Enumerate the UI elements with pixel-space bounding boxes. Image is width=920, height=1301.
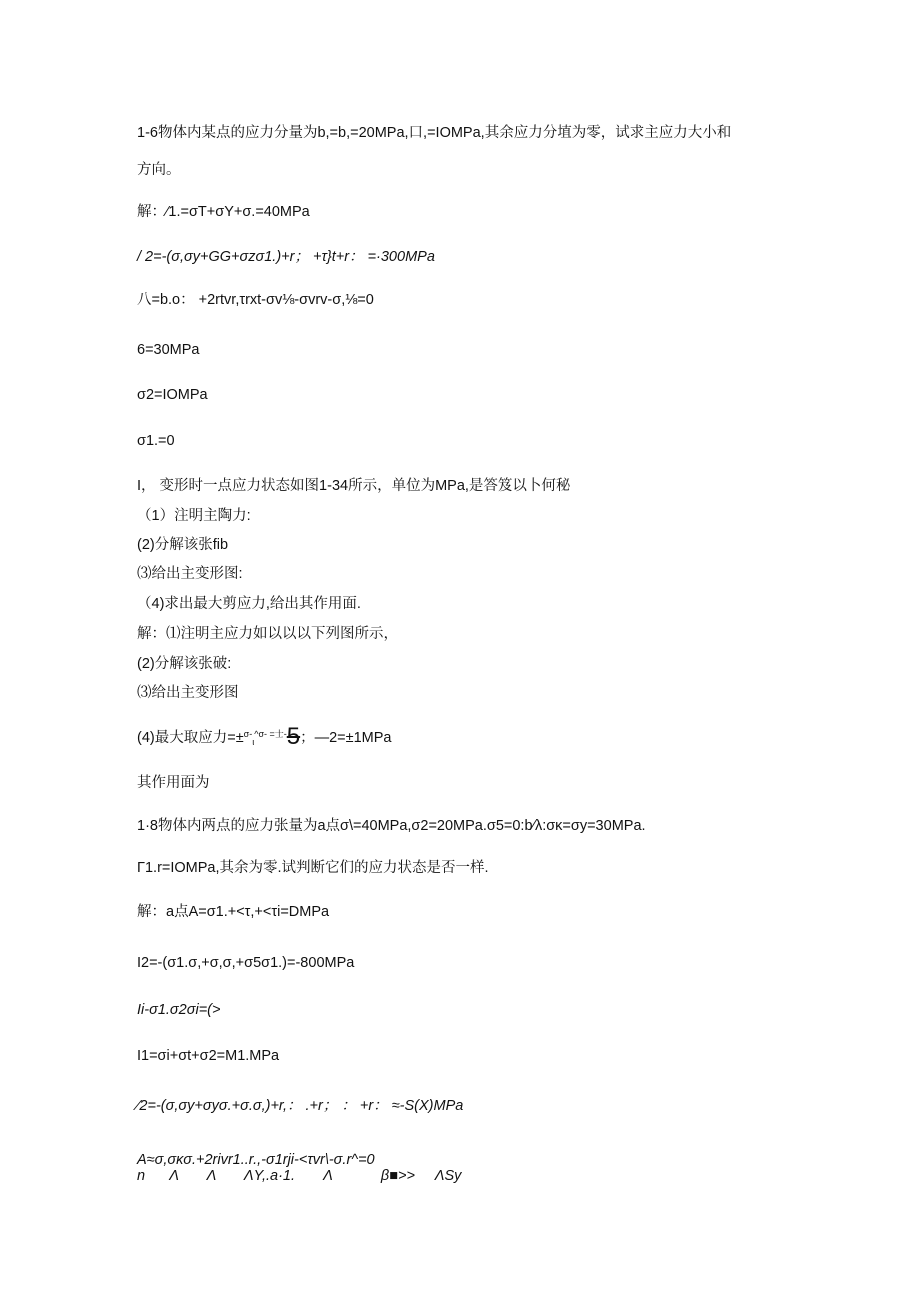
problem-1-7-answer-2: (2)分解该张破:	[137, 654, 231, 674]
problem-1-6-statement-line1: 1-6物体内某点的应力分量为b,=b,=20MPa,口,=IOMPa,其余应力分…	[137, 123, 731, 143]
principal-stress-3: σ1.=0	[137, 431, 175, 451]
problem-1-7-question-2: (2)分解该张fib	[137, 535, 228, 555]
problem-1-7-statement: I， 变形时一点应力状态如图1-34所示，单位为MPa,是答笈以卜何秘	[137, 476, 570, 496]
fraction-numerator-2: ^σ- =士-	[254, 729, 287, 739]
fraction-numerator: σ-	[244, 729, 253, 739]
point-b-invariant-i3-line2: n Λ Λ ΛY,.a·1. Λ β■>> ΛSy	[137, 1166, 461, 1186]
solution-label: 解：	[137, 204, 166, 220]
problem-1-6-statement-line2: 方向。	[137, 160, 181, 180]
problem-1-7-question-1: （1）注明主陶力:	[137, 506, 251, 526]
problem-1-7-question-4: （4)求出最大剪应力,给出其作用面.	[137, 594, 361, 614]
problem-1-6-solution-i3: 八=b.o： +2rtvr,τrxt-σv⅛-σvrv-σ,⅛=0	[137, 290, 374, 310]
problem-1-7-answer-1: 解：⑴注明主应力如以以以下列图所示，	[137, 624, 398, 644]
max-shear-label: (4)最大取应力=±	[137, 730, 244, 746]
problem-1-6-solution-i2: / 2=-(σ,σy+GG+σzσ1.)+r； +τ}t+r： =·300MPa	[137, 247, 435, 267]
max-shear-result: ；—2=±1MPa	[300, 730, 391, 746]
problem-1-7-question-3: ⑶给出主变形图:	[137, 564, 243, 584]
problem-1-8-statement-line1: 1·8物体内两点的应力张量为a点σ\=40MPa,σ2=20MPa.σ5=0:b…	[137, 816, 646, 836]
problem-1-8-statement-line2: Γ1.r=IOMPa,其余为零.试判断它们的应力状态是否一样.	[137, 858, 489, 878]
point-b-invariant-i2: ⁄2=-(σ,σy+σyσ.+σ.σ,)+r,： .+r； ： +r： ≈-S(…	[137, 1096, 463, 1116]
invariant-i1-equation: ⁄1.=σT+σY+σ.=40MPa	[166, 204, 310, 220]
point-a-invariant-i2: I2=-(σ1.σ,+σ,σ,+σ5σ1.)=-800MPa	[137, 953, 354, 973]
principal-stress-2: σ2=IOMPa	[137, 385, 208, 405]
problem-1-7-answer-3: ⑶给出主变形图	[137, 683, 239, 703]
problem-1-7-plane-label: 其作用面为	[137, 773, 210, 793]
principal-stress-1: 6=30MPa	[137, 340, 199, 360]
problem-1-6-solution-i1: 解：⁄1.=σT+σY+σ.=40MPa	[137, 202, 310, 222]
point-a-invariant-i1: 解：a点A=σ1.+<τ,+<τi=DMPa	[137, 902, 329, 922]
garbled-fraction-glyph: 5	[287, 723, 300, 750]
point-a-invariant-i3: Ii-σ1.σ2σi=(>	[137, 1000, 220, 1020]
problem-1-7-answer-4: (4)最大取应力=±σ-ι^σ- =士-5；—2=±1MPa	[137, 727, 391, 748]
point-b-invariant-i1: I1=σi+σt+σ2=M1.MPa	[137, 1046, 279, 1066]
